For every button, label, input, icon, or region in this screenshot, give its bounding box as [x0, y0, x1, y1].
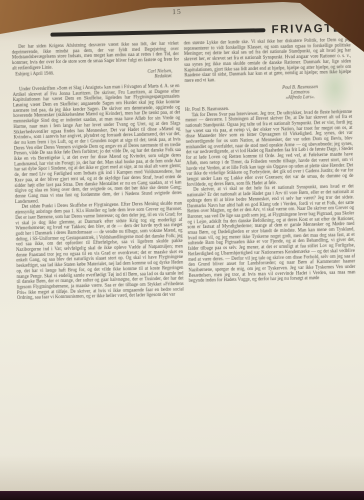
left-column-text: Der har siden Krigens Afslutning desværr…: [12, 41, 184, 301]
masthead-title: FRIVAGTEN: [271, 22, 352, 36]
masthead-rule: [50, 28, 265, 36]
reply-paragraph-1: Tak for Deres Svar paa Interviewet. Jeg …: [185, 109, 354, 187]
editor-intro-paragraph: Der har siden Krigens Afslutning desværr…: [12, 41, 180, 71]
photo-of-magazine-page: 15 FRIVAGTEN Der har siden Krigens Afslu…: [0, 0, 364, 500]
left-column: Der har siden Krigens Afslutning desværr…: [12, 41, 188, 454]
right-column-text: den største Lykke der kunde ske. Vi skal…: [184, 37, 356, 283]
right-column: den største Lykke der kunde ske. Vi skal…: [184, 37, 360, 450]
magazine-page: 15 FRIVAGTEN Der har siden Krigens Afslu…: [0, 0, 364, 500]
editor-signature: Carl Nielsen, Redaktør.: [147, 68, 172, 79]
letter-continuation: den største Lykke der kunde ske. Vi skal…: [184, 37, 352, 83]
reader-signature: Poul B. Rasmussen Letmatros »Alfreda Lar…: [185, 84, 352, 103]
letter-paragraph-2: Det sidste Punkt i Deres Skuffelse er Fl…: [15, 201, 184, 301]
signature-ship: »Alfreda Lars«.: [249, 94, 352, 101]
reply-paragraph-2: De skriver, at vi skal se det hele fra e…: [187, 184, 356, 284]
text-columns: Der har siden Krigens Afslutning desværr…: [12, 37, 360, 454]
letter-paragraph-1: Under Overskriften »Som et Slag i Ansigt…: [13, 83, 182, 204]
editor-title: Redaktør.: [148, 74, 173, 80]
page-number: 15: [0, 3, 359, 20]
date-line: Esbjerg i April 1946.: [15, 71, 54, 77]
page-content: 15 FRIVAGTEN Der har siden Krigens Afslu…: [0, 0, 364, 500]
